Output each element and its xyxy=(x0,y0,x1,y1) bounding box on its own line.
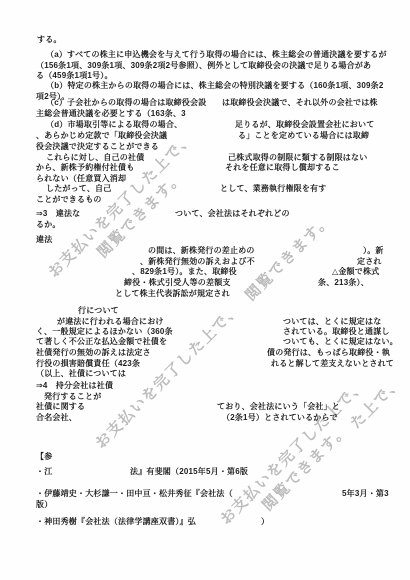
text-line: ） xyxy=(261,517,269,527)
text-line: の間は、新株発行の差止めの xyxy=(148,246,255,256)
text-line: る」ことを定めている場合には取締 xyxy=(238,131,369,141)
text-line: ついては、とくに規定はな xyxy=(283,317,381,327)
text-line: （d）市場取引等による取得の場合、 xyxy=(46,120,182,130)
text-line: 法』有斐閣（2015年5月・第6版 xyxy=(130,467,248,477)
text-line: られない（任意買入消却 xyxy=(36,174,126,184)
text-line: （a）すべての株主に申込機会を与えて行う取得の場合には、株主総会の普通決議を要す… xyxy=(46,50,387,60)
text-line: （b）特定の株主からの取得の場合には、株主総会の特別決議を要する（160条1項、… xyxy=(46,81,383,91)
payment-watermark: た上で、 xyxy=(345,372,406,433)
text-line: 締役・株式引受人等の差額支 xyxy=(124,278,231,288)
text-line: （c）子会社からの取得の場合は取締役会設 xyxy=(46,98,206,108)
text-line: 合名会社、 xyxy=(36,413,77,423)
text-line: 主総会普通決議を必要とする（163条、3 xyxy=(36,109,186,119)
text-line: 行役の損害賠償責任（423条 xyxy=(36,359,140,369)
text-line: から、新株予約権付社債も xyxy=(36,163,134,173)
text-line: （2条1号）とされているからで xyxy=(222,413,338,423)
text-line: 役会決議で決定することができる xyxy=(36,142,159,152)
text-line: ⇒3 違法な xyxy=(36,209,80,219)
text-line: されている。取締役と通謀し xyxy=(283,327,390,337)
text-line: ・江 xyxy=(36,467,52,477)
text-line: として、業務執行権限を有す xyxy=(220,184,326,194)
text-line: 、新株発行無効の訴えおよび不 xyxy=(140,257,255,267)
text-line: 、あらかじめ定款で「取締役会決議 xyxy=(36,131,167,141)
text-line: 違法 xyxy=(36,235,52,245)
text-line: △金額で株式 xyxy=(332,267,379,277)
text-line: ⇒4 持分会社は社債 xyxy=(36,381,113,391)
text-line: 社債に関する xyxy=(36,402,85,412)
payment-watermark: お支払いを完了した上で、 xyxy=(215,374,370,529)
text-line: 【参 xyxy=(36,452,52,462)
text-line: 行について xyxy=(78,306,119,316)
text-line: て著しく不公正な払込金額で社債を xyxy=(36,337,167,347)
text-line: （以上、社債については xyxy=(36,369,126,379)
payment-watermark: 閲覧できます。 xyxy=(257,419,353,515)
text-line: 条、213条）、 xyxy=(318,278,369,288)
text-line: 足りるが、取締役会設置会社において xyxy=(235,120,374,130)
text-line: 5年3月・第3 xyxy=(342,489,389,499)
text-line: る（459条1項1号）。 xyxy=(36,71,113,81)
text-line: が違法に行われる場合におけ xyxy=(57,317,164,327)
text-line: 債の発行は、もっぱら取締役・執 xyxy=(267,348,390,358)
text-line: は取締役会決議で、それ以外の会社では株 xyxy=(222,98,378,108)
text-line: く、一般規定によるほかない（360条 xyxy=(36,327,173,337)
text-line: ）。新 xyxy=(363,246,384,256)
text-line: 、829条1号）。また、取締役 xyxy=(132,267,237,277)
text-line: ついても、とくに規定はない。 xyxy=(283,337,398,347)
text-line: れると解して差支えないとされて xyxy=(271,359,394,369)
text-line: ついて、会社法はそれぞれどの xyxy=(175,209,290,219)
text-line: 社債発行の無効の訴えは法定さ xyxy=(36,348,151,358)
text-line: ・伊藤靖史・大杉謙一・田中亘・松井秀征『会社法（ xyxy=(36,489,233,499)
text-line: ことができるもの xyxy=(36,195,102,205)
text-line: ・神田秀樹『会社法（法律学講座双書）』弘 xyxy=(36,517,196,527)
document-page: お支払いを完了した上で、閲覧できます。閲覧できます。お支払いを完了した上で、た上… xyxy=(0,0,410,580)
text-line: 己株式取得の制限に類する制限はない xyxy=(228,153,367,163)
text-line: それを任意に取得し償却するこ xyxy=(225,163,340,173)
text-line: これらに対し、自己の社債 xyxy=(46,153,144,163)
text-line: 発行することが xyxy=(44,392,101,402)
text-line: るか。 xyxy=(36,220,61,230)
text-line: 版） xyxy=(36,500,52,510)
text-line: したがって、自己 xyxy=(46,184,111,194)
text-line: （156条1項、309条1項、309条2項2号参照）、例外として取締役会の決議で… xyxy=(36,61,371,71)
text-line: として株主代表訴訟が規定され xyxy=(115,289,230,299)
text-line: ており、会社法にいう「会社」と xyxy=(217,402,340,412)
text-line: する。 xyxy=(37,35,62,45)
text-line: 定され xyxy=(357,257,382,267)
